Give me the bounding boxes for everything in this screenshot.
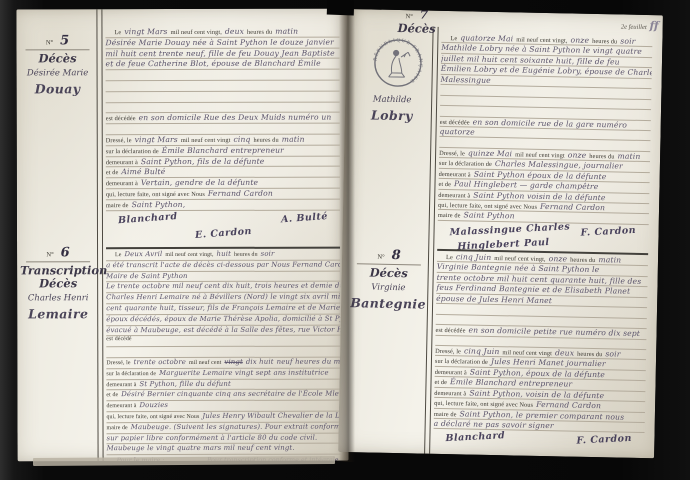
signature: Blanchard xyxy=(445,431,505,445)
handwritten-text: Charles Henri Lemaire né à Bévillers (No… xyxy=(106,293,340,302)
printed-text: et de xyxy=(106,170,119,177)
handwritten-text: deux xyxy=(555,348,574,357)
register-line: et deDésiré Bernier cinquante cinq ans s… xyxy=(106,390,340,401)
deceased-surname: Lobry xyxy=(354,107,430,124)
printed-text: mil neuf cent vingt xyxy=(502,349,552,357)
printed-text: et de xyxy=(106,393,118,399)
handwritten-text: onze xyxy=(568,150,587,159)
printed-text: Dressé, le xyxy=(439,150,465,158)
flourish-mark: ff xyxy=(649,19,658,32)
handwritten-text: quatorze Mai xyxy=(460,33,513,43)
handwritten-text: Fernand Cardon xyxy=(208,189,273,198)
right-page: 2e feuillet ff N° 7 Décès RÉPUBLIQUE FRA… xyxy=(338,9,663,458)
register-line xyxy=(106,91,340,102)
deceased-firstnames: Désirée Marie xyxy=(20,68,96,78)
handwritten-text: Maire de Saint Python xyxy=(106,272,188,280)
printed-text: mil neuf cent vingt xyxy=(515,151,565,159)
signature-row: E. Cardon xyxy=(106,225,340,241)
handwritten-text: cinq Juin xyxy=(464,346,500,356)
handwritten-text: sur papier libre conformément à l'articl… xyxy=(107,433,318,442)
handwritten-text: et de feue Catherine Blot, épouse de Bla… xyxy=(106,59,321,69)
printed-text: heures du xyxy=(570,257,595,265)
register-line xyxy=(106,102,340,113)
handwritten-text: en son domicile Rue des Deux Muids numér… xyxy=(139,113,332,123)
handwritten-text: a déclaré ne pas savoir signer xyxy=(434,419,554,430)
register-line xyxy=(106,347,340,358)
handwritten-text: Fernand Cardon xyxy=(536,400,601,410)
printed-text: maire de xyxy=(434,410,457,417)
entry-number: N° 6 xyxy=(26,245,90,262)
printed-text: sur la déclaration de xyxy=(439,160,492,168)
handwritten-text: soir xyxy=(261,250,275,258)
signature-row: BlanchardA. Bulté xyxy=(106,210,340,226)
register-line: sur la déclaration deMarguerite Lemaire … xyxy=(106,368,340,379)
register-line: qui, lecture faite, ont signé avec NousF… xyxy=(106,189,340,200)
register-line: Maire de Saint Python xyxy=(106,271,340,282)
handwritten-text: mil huit cent trente neuf, fille de feu … xyxy=(106,48,335,58)
register-line: et de feue Catherine Blot, épouse de Bla… xyxy=(106,59,340,70)
handwritten-text: matin xyxy=(282,135,305,144)
deceased-firstnames: Mathilde xyxy=(354,94,430,106)
register-line: qui, lecture faite, ont signé avec NousJ… xyxy=(106,412,340,423)
handwritten-text: époux décédés, époux de Marie Thérèse Ap… xyxy=(106,314,340,323)
handwritten-text: cinq xyxy=(233,135,250,144)
register-line: Le trente octobre mil neuf cent dix huit… xyxy=(106,282,340,293)
handwritten-text: trente octobre xyxy=(134,358,186,366)
handwritten-text: matin xyxy=(275,27,298,36)
register-line xyxy=(106,81,340,92)
printed-text: sur la déclaration de xyxy=(106,148,159,155)
printed-text: mil neuf cent xyxy=(189,360,221,366)
printed-text: qui, lecture faite, ont signé avec Nous xyxy=(106,414,199,420)
entry-6-body: LeDeux Avrilmil neuf cent vingt,huitheur… xyxy=(106,247,341,462)
signature: Blanchard xyxy=(118,210,178,225)
deceased-surname: Bantegnie xyxy=(350,295,426,312)
printed-text: mil neuf cent vingt, xyxy=(165,252,213,258)
numero-abbrev: N° xyxy=(46,251,53,258)
register-line: Maubeuge le vingt quatre mars mil neuf c… xyxy=(107,444,341,455)
printed-text: demeurant à xyxy=(434,390,466,398)
entry-8-margin: N° 8 Décès Virginie Bantegnie xyxy=(350,247,427,312)
printed-text: maire de xyxy=(106,425,127,431)
printed-text: demeurant à xyxy=(435,369,467,377)
printed-text: est décédée xyxy=(440,118,470,126)
register-line: Levingt Marsmil neuf cent vingt,deuxheur… xyxy=(105,27,339,38)
entry-7-margin: Mathilde Lobry xyxy=(354,91,431,124)
printed-text: est décédé xyxy=(106,337,131,343)
handwritten-text: Aimé Bulté xyxy=(121,167,165,176)
numero-abbrev: N° xyxy=(405,13,412,20)
handwritten-text: Saint Python, fils de la défunte xyxy=(141,156,265,165)
printed-text: qui, lecture faite, ont signé avec Nous xyxy=(434,400,533,409)
register-line: Dressé, levingt Marsmil neuf cent vingtc… xyxy=(106,135,340,146)
register-line: maire deSaint Python, xyxy=(106,199,340,210)
handwritten-text: quatorze xyxy=(439,127,474,137)
register-line: maire deMaubeuge. (Suivent les signature… xyxy=(106,422,340,433)
sheet-number-label: 2e feuillet xyxy=(621,24,647,32)
handwritten-text: deux xyxy=(225,27,244,36)
register-line xyxy=(106,70,340,81)
handwritten-text: vingt Mars xyxy=(124,27,167,36)
printed-text: heures du xyxy=(254,137,279,144)
register-line: est décédéeen son domicile Rue des Deux … xyxy=(106,113,340,124)
register-line xyxy=(106,124,340,135)
register-line: sur papier libre conformément à l'articl… xyxy=(107,433,341,444)
printed-text: Le xyxy=(114,29,121,36)
signature: A. Bulté xyxy=(281,211,329,225)
entry-5-margin: N° 5 Décès Désirée Marie Douay xyxy=(19,33,95,96)
printed-text: heures du xyxy=(577,351,602,359)
printed-text: Le xyxy=(446,254,453,261)
entry-number-value: 5 xyxy=(60,33,69,48)
signature: E. Cardon xyxy=(194,225,252,240)
handwritten-text: Jules Henry Wibault Chevalier de la Légi… xyxy=(202,412,340,420)
register-line: a été transcrit l'acte de décès ci-desso… xyxy=(106,260,340,271)
printed-text: demeurant à xyxy=(106,382,136,388)
under-page-edge xyxy=(33,456,335,466)
handwritten-text: Le trente octobre mil neuf cent dix huit… xyxy=(106,282,340,291)
entry-number-value: 7 xyxy=(420,9,429,22)
signature: F. Cardon xyxy=(581,225,637,239)
printed-text: et de xyxy=(434,379,447,386)
numero-abbrev: N° xyxy=(46,39,53,46)
register-line: demeurant àSaint Python, fils de la défu… xyxy=(106,156,340,167)
printed-text: demeurant à xyxy=(439,171,471,179)
printed-text: demeurant à xyxy=(106,403,136,409)
handwritten-text: Douzies xyxy=(139,401,168,409)
handwritten-text: Émile Blanchard entrepreneur xyxy=(162,145,284,154)
register-line: demeurant àVertain, gendre de la défunte xyxy=(106,178,340,189)
handwritten-text: vingt Mars xyxy=(135,135,178,144)
printed-text: sur la déclaration de xyxy=(435,358,488,366)
handwritten-text: vingt xyxy=(224,358,242,366)
handwritten-text: Maubeuge. (Suivent les signatures). Pour… xyxy=(131,422,341,431)
printed-text: Dressé, le xyxy=(435,348,461,356)
printed-text: qui, lecture faite, ont signé avec Nous xyxy=(438,202,537,211)
printed-text: et de xyxy=(438,181,451,188)
handwritten-text: cinq Juin xyxy=(456,252,492,262)
handwritten-text: Maubeuge le vingt quatre mars mil neuf c… xyxy=(107,444,295,452)
printed-text: heures du xyxy=(247,29,272,36)
entry-type-label: Décès xyxy=(351,266,427,281)
register-line: sur la déclaration deÉmile Blanchard ent… xyxy=(106,145,340,156)
entry-number-value: 6 xyxy=(61,245,70,260)
printed-text: heures du xyxy=(589,153,614,161)
register-line: demeurant àSt Python, fille du défunt xyxy=(106,379,340,390)
printed-text: maire de xyxy=(438,212,461,219)
entry-type-label: Décès xyxy=(20,52,96,65)
entry-number: N° 8 xyxy=(357,247,421,265)
register-line: cent quarante huit, tisseur, fils de Fra… xyxy=(106,304,340,315)
handwritten-text: matin xyxy=(598,255,621,264)
handwritten-text: quinze Mai xyxy=(468,148,512,158)
register-line: et deAimé Bulté xyxy=(106,167,340,178)
printed-text: demeurant à xyxy=(438,191,470,199)
entry-5-body: Levingt Marsmil neuf cent vingt,deuxheur… xyxy=(105,27,340,241)
margin-rule xyxy=(96,9,103,461)
printed-text: heures du xyxy=(592,38,617,46)
register-line: est décédé xyxy=(106,336,340,347)
entry-7-body: Lequatorze Maimil neuf cent vingt,onzehe… xyxy=(437,33,652,255)
entry-6-margin: N° 6 Transcription Décès Charles Henri L… xyxy=(20,245,96,321)
republique-francaise-stamp-icon: RÉPUBLIQUE FRANÇAISE xyxy=(371,37,424,90)
handwritten-text: évacué à Maubeuge, est décédé à la Salle… xyxy=(106,325,340,334)
handwritten-text: soir xyxy=(620,36,635,45)
printed-text: mil neuf cent vingt xyxy=(181,137,231,144)
printed-text: heures du xyxy=(234,252,258,258)
printed-text: est décédée xyxy=(435,327,465,335)
handwritten-text: onze xyxy=(570,35,589,44)
printed-text: est décédée xyxy=(106,115,136,122)
handwritten-text: soir xyxy=(605,349,620,358)
entry-type-label-2: Décès xyxy=(20,277,96,290)
register-line: demeurant àDouzies xyxy=(106,401,340,412)
printed-text: mil neuf cent vingt, xyxy=(494,255,545,263)
deceased-surname: Lemaire xyxy=(20,306,96,321)
printed-text: Le xyxy=(450,35,457,42)
handwritten-text: Saint Python, xyxy=(132,200,186,209)
printed-text: Dressé, le xyxy=(106,137,132,144)
entry-number: N° 5 xyxy=(25,33,89,50)
printed-text: Dressé, le xyxy=(106,360,130,366)
printed-text: demeurant à xyxy=(106,180,138,187)
handwritten-text: cent quarante huit, tisseur, fils de Fra… xyxy=(106,304,340,313)
printed-text: qui, lecture faite, ont signé avec Nous xyxy=(106,191,205,198)
handwritten-text: Marguerite Lemaire vingt sept ans instit… xyxy=(159,368,329,376)
left-page: N° 5 Décès Désirée Marie Douay N° 6 Tran… xyxy=(16,9,348,462)
handwritten-text: épouse de Jules Henri Manet xyxy=(436,294,552,305)
register-line: LeDeux Avrilmil neuf cent vingt,huitheur… xyxy=(106,250,340,261)
register-line: Charles Henri Lemaire né à Bévillers (No… xyxy=(106,293,340,304)
signature: Malassingue Charles xyxy=(449,221,570,238)
handwritten-text: dix huit xyxy=(246,358,274,366)
register-scan: N° 5 Décès Désirée Marie Douay N° 6 Tran… xyxy=(0,0,690,480)
printed-text: mil neuf cent vingt, xyxy=(171,29,222,36)
register-line: époux décédés, époux de Marie Thérèse Ap… xyxy=(106,314,340,325)
handwritten-text: huit xyxy=(217,250,231,258)
entry-8-body: Lecinq Juinmil neuf cent vingt,onzeheure… xyxy=(433,249,648,449)
signature: F. Cardon xyxy=(577,433,633,447)
handwritten-text: Malessingue xyxy=(441,75,491,85)
handwritten-text: onze xyxy=(549,254,568,263)
deceased-firstnames: Charles Henri xyxy=(20,293,96,303)
numero-abbrev: N° xyxy=(377,254,384,261)
register-line: évacué à Maubeuge, est décédé à la Salle… xyxy=(106,325,340,336)
handwritten-text: Jules Henri Manet journalier xyxy=(491,357,606,368)
printed-text: maire de xyxy=(106,202,129,209)
printed-text: mil neuf cent vingt, xyxy=(516,36,567,44)
handwritten-text: Désirée Marie Douay née à Saint Python l… xyxy=(105,37,333,47)
handwritten-text: Désiré Bernier cinquante cinq ans secrét… xyxy=(121,390,340,399)
printed-text: demeurant à xyxy=(106,159,138,166)
register-line: mil huit cent trente neuf, fille de feu … xyxy=(106,48,340,59)
printed-text: Le xyxy=(115,252,121,258)
handwritten-text: Fernand Cardon xyxy=(540,202,605,212)
printed-text: sur la déclaration de xyxy=(106,371,156,377)
register-line: Désirée Marie Douay née à Saint Python l… xyxy=(105,37,339,48)
deceased-firstnames: Virginie xyxy=(350,282,426,294)
handwritten-text: Vertain, gendre de la défunte xyxy=(141,178,258,187)
register-line: Dressé, letrente octobremil neuf centvin… xyxy=(106,358,340,369)
handwritten-text: neuf heures du matin xyxy=(277,358,341,366)
signature-row: BlanchardF. Cardon xyxy=(433,429,644,448)
handwritten-text: matin xyxy=(617,151,640,160)
handwritten-text: a été transcrit l'acte de décès ci-desso… xyxy=(106,260,340,269)
handwritten-text: Saint Python xyxy=(463,211,514,221)
page-top-notch xyxy=(327,0,355,15)
deceased-surname: Douay xyxy=(20,81,96,96)
handwritten-text: Deux Avril xyxy=(124,250,162,258)
entry-number-value: 8 xyxy=(392,248,401,263)
handwritten-text: Émile Blanchard entrepreneur xyxy=(450,377,572,388)
handwritten-text: St Python, fille du défunt xyxy=(139,379,230,387)
